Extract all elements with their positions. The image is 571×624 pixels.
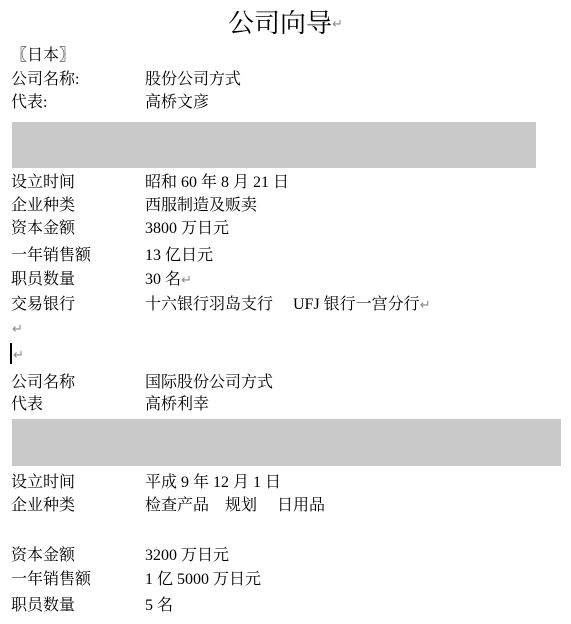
founding-date-row-2: 设立时间平成 9 年 12 月 1 日 [11,473,281,492]
staff-count-label: 职员数量 [11,270,145,289]
paragraph-mark-icon: ↵ [332,17,343,32]
business-type-row-2: 企业种类检查产品 规划 日用品 [11,496,325,515]
capital-value: 3800 万日元 [145,220,229,237]
company-name-row: 公司名称:股份公司方式 [11,70,241,89]
capital-value-2: 3200 万日元 [145,547,229,564]
annual-sales-label: 一年销售额 [11,246,145,265]
paragraph-mark-icon: ↵ [420,298,431,313]
staff-count-row: 职员数量30 名↵ [11,270,192,290]
capital-row: 资本金额3800 万日元 [11,219,229,238]
business-type-label-2: 企业种类 [11,496,145,515]
founding-date-value-2: 平成 9 年 12 月 1 日 [145,474,281,491]
paragraph-mark-icon: ↵ [12,322,23,337]
business-type-row: 企业种类西服制造及贩卖 [11,196,257,215]
staff-count-value-2: 5 名 [145,597,173,614]
business-type-value: 西服制造及贩卖 [145,197,257,214]
text-cursor [10,343,12,364]
bank-row: 交易银行十六银行羽岛支行 UFJ 银行一宫分行↵ [11,295,431,315]
annual-sales-value: 13 亿日元 [145,247,213,264]
founding-date-value: 昭和 60 年 8 月 21 日 [145,174,289,191]
staff-count-row-2: 职员数量5 名 [11,596,173,615]
annual-sales-value-2: 1 亿 5000 万日元 [145,571,261,588]
company-name-row-2: 公司名称国际股份公司方式 [11,373,273,392]
company-name-value: 股份公司方式 [145,71,241,88]
staff-count-value: 30 名 [145,271,181,288]
representative-value-2: 高桥利幸 [145,396,209,413]
annual-sales-row: 一年销售额13 亿日元 [11,246,213,265]
country-tag-text: 〖日本〗 [11,47,75,64]
bank-label: 交易银行 [11,295,145,314]
founding-date-label-2: 设立时间 [11,473,145,492]
annual-sales-row-2: 一年销售额1 亿 5000 万日元 [11,570,261,589]
founding-date-row: 设立时间昭和 60 年 8 月 21 日 [11,173,289,192]
company-name-label-2: 公司名称 [11,373,145,392]
company-name-value-2: 国际股份公司方式 [145,374,273,391]
capital-label: 资本金额 [11,219,145,238]
company-name-label: 公司名称: [11,70,145,89]
capital-label-2: 资本金额 [11,546,145,565]
staff-count-label-2: 职员数量 [11,596,145,615]
bank-value: 十六银行羽岛支行 UFJ 银行一宫分行 [145,296,420,313]
representative-row-2: 代表高桥利幸 [11,395,209,414]
business-type-label: 企业种类 [11,196,145,215]
paragraph-mark-icon: ↵ [13,348,24,363]
document-page[interactable]: 公司向导↵ 〖日本〗 公司名称:股份公司方式 代表:高桥文彦 设立时间昭和 60… [0,0,571,624]
highlight-bar-1[interactable] [12,122,536,168]
page-title: 公司向导↵ [0,9,571,40]
founding-date-label: 设立时间 [11,173,145,192]
representative-label: 代表: [11,93,145,112]
paragraph-mark-icon: ↵ [181,273,192,288]
country-tag: 〖日本〗 [11,46,75,65]
representative-label-2: 代表 [11,395,145,414]
annual-sales-label-2: 一年销售额 [11,570,145,589]
representative-row: 代表:高桥文彦 [11,93,209,112]
representative-value: 高桥文彦 [145,94,209,111]
capital-row-2: 资本金额3200 万日元 [11,546,229,565]
highlight-bar-2[interactable] [12,419,561,466]
business-type-value-2: 检查产品 规划 日用品 [145,497,325,514]
page-title-text: 公司向导 [228,9,332,38]
